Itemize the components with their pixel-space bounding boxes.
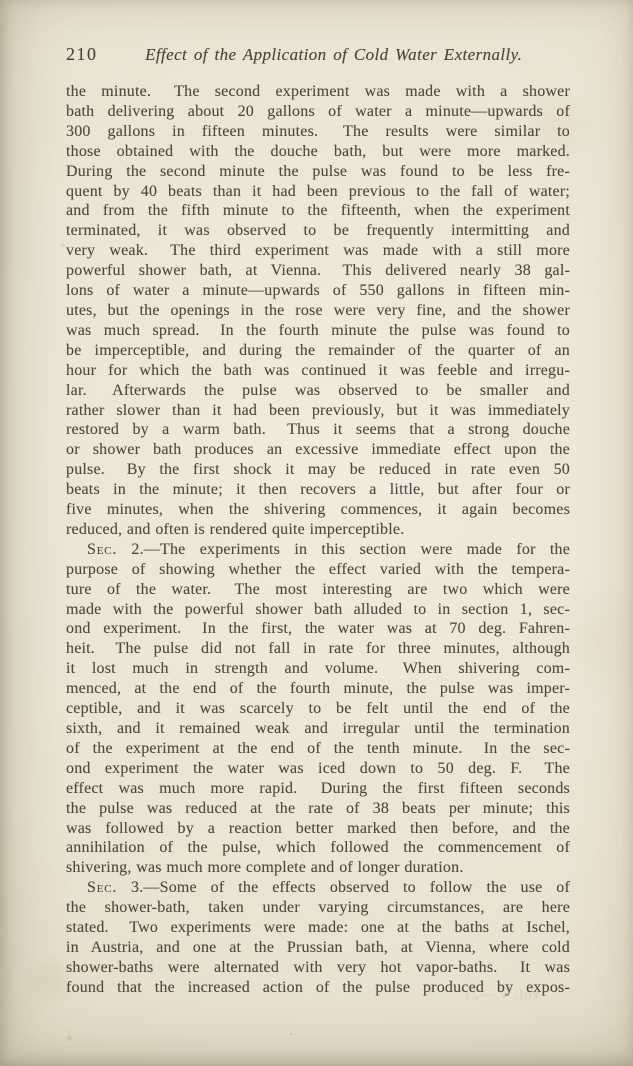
text-line: those obtained with the douche bath, but… xyxy=(66,142,570,162)
text-line: made with the powerful shower bath allud… xyxy=(66,600,570,620)
paragraph: Sec. 3.—Some of the effects observed to … xyxy=(66,878,570,997)
text-line: Sec. 3.—Some of the effects observed to … xyxy=(66,878,570,898)
text-line: Sec. 2.—The experiments in this section … xyxy=(66,540,570,560)
page-header: 210 Effect of the Application of Cold Wa… xyxy=(66,44,570,65)
text-line: effect was much more rapid. During the f… xyxy=(66,779,570,799)
text-line: sixth, and it remained weak and irregula… xyxy=(66,719,570,739)
text-line: the pulse was reduced at the rate of 38 … xyxy=(66,799,570,819)
text-line: in Austria, and one at the Prussian bath… xyxy=(66,938,570,958)
text-line: be imperceptible, and during the remaind… xyxy=(66,341,570,361)
text-line: ture of the water. The most interesting … xyxy=(66,580,570,600)
text-line: was much spread. In the fourth minute th… xyxy=(66,321,570,341)
paragraph: the minute. The second experiment was ma… xyxy=(66,82,570,540)
running-title: Effect of the Application of Cold Water … xyxy=(98,45,571,65)
section-label: Sec. xyxy=(87,879,117,896)
scanned-page: 210 Effect of the Application of Cold Wa… xyxy=(0,0,633,1066)
text-line: was followed by a reaction better marked… xyxy=(66,819,570,839)
text-line: heit. The pulse did not fall in rate for… xyxy=(66,639,570,659)
page-body: the minute. The second experiment was ma… xyxy=(66,82,570,998)
text-line: ond experiment. In the first, the water … xyxy=(66,619,570,639)
text-line: terminated, it was observed to be freque… xyxy=(66,221,570,241)
text-line: pulse. By the first shock it may be redu… xyxy=(66,460,570,480)
text-line: shivering, was much more complete and of… xyxy=(66,858,570,878)
text-line: ond experiment the water was iced down t… xyxy=(66,759,570,779)
text-line: of the experiment at the end of the tent… xyxy=(66,739,570,759)
text-line: the minute. The second experiment was ma… xyxy=(66,82,570,102)
text-line: it lost much in strength and volume. Whe… xyxy=(66,659,570,679)
text-line: stated. Two experiments were made: one a… xyxy=(66,918,570,938)
text-line: annihilation of the pulse, which followe… xyxy=(66,838,570,858)
text-line: very weak. The third experiment was made… xyxy=(66,241,570,261)
text-line: rather slower than it had been previousl… xyxy=(66,401,570,421)
text-line: 300 gallons in fifteen minutes. The resu… xyxy=(66,122,570,142)
text-line: bath delivering about 20 gallons of wate… xyxy=(66,102,570,122)
text-line: lar. Afterwards the pulse was observed t… xyxy=(66,381,570,401)
text-line: ceptible, and it was scarcely to be felt… xyxy=(66,699,570,719)
text-line: lons of water a minute—upwards of 550 ga… xyxy=(66,281,570,301)
text-line: or shower bath produces an excessive imm… xyxy=(66,440,570,460)
text-line: hour for which the bath was continued it… xyxy=(66,361,570,381)
text-line: During the second minute the pulse was f… xyxy=(66,162,570,182)
page-number: 210 xyxy=(66,44,98,65)
text-line: quent by 40 beats than it had been previ… xyxy=(66,182,570,202)
text-line: five minutes, when the shivering commenc… xyxy=(66,500,570,520)
text-line: menced, at the end of the fourth minute,… xyxy=(66,679,570,699)
text-line: restored by a warm bath. Thus it seems t… xyxy=(66,420,570,440)
text-line: beats in the minute; it then recovers a … xyxy=(66,480,570,500)
text-line: reduced, and often is rendered quite imp… xyxy=(66,520,570,540)
text-line: purpose of showing whether the effect va… xyxy=(66,560,570,580)
text-line: utes, but the openings in the rose were … xyxy=(66,301,570,321)
text-line: shower-baths were alternated with very h… xyxy=(66,958,570,978)
text-line: powerful shower bath, at Vienna. This de… xyxy=(66,261,570,281)
paragraph: Sec. 2.—The experiments in this section … xyxy=(66,540,570,878)
bleed-through-text: Vol. V.—21 xyxy=(463,987,541,1004)
section-label: Sec. xyxy=(87,541,117,558)
text-line: the shower-bath, taken under varying cir… xyxy=(66,898,570,918)
text-line: and from the fifth minute to the fifteen… xyxy=(66,201,570,221)
